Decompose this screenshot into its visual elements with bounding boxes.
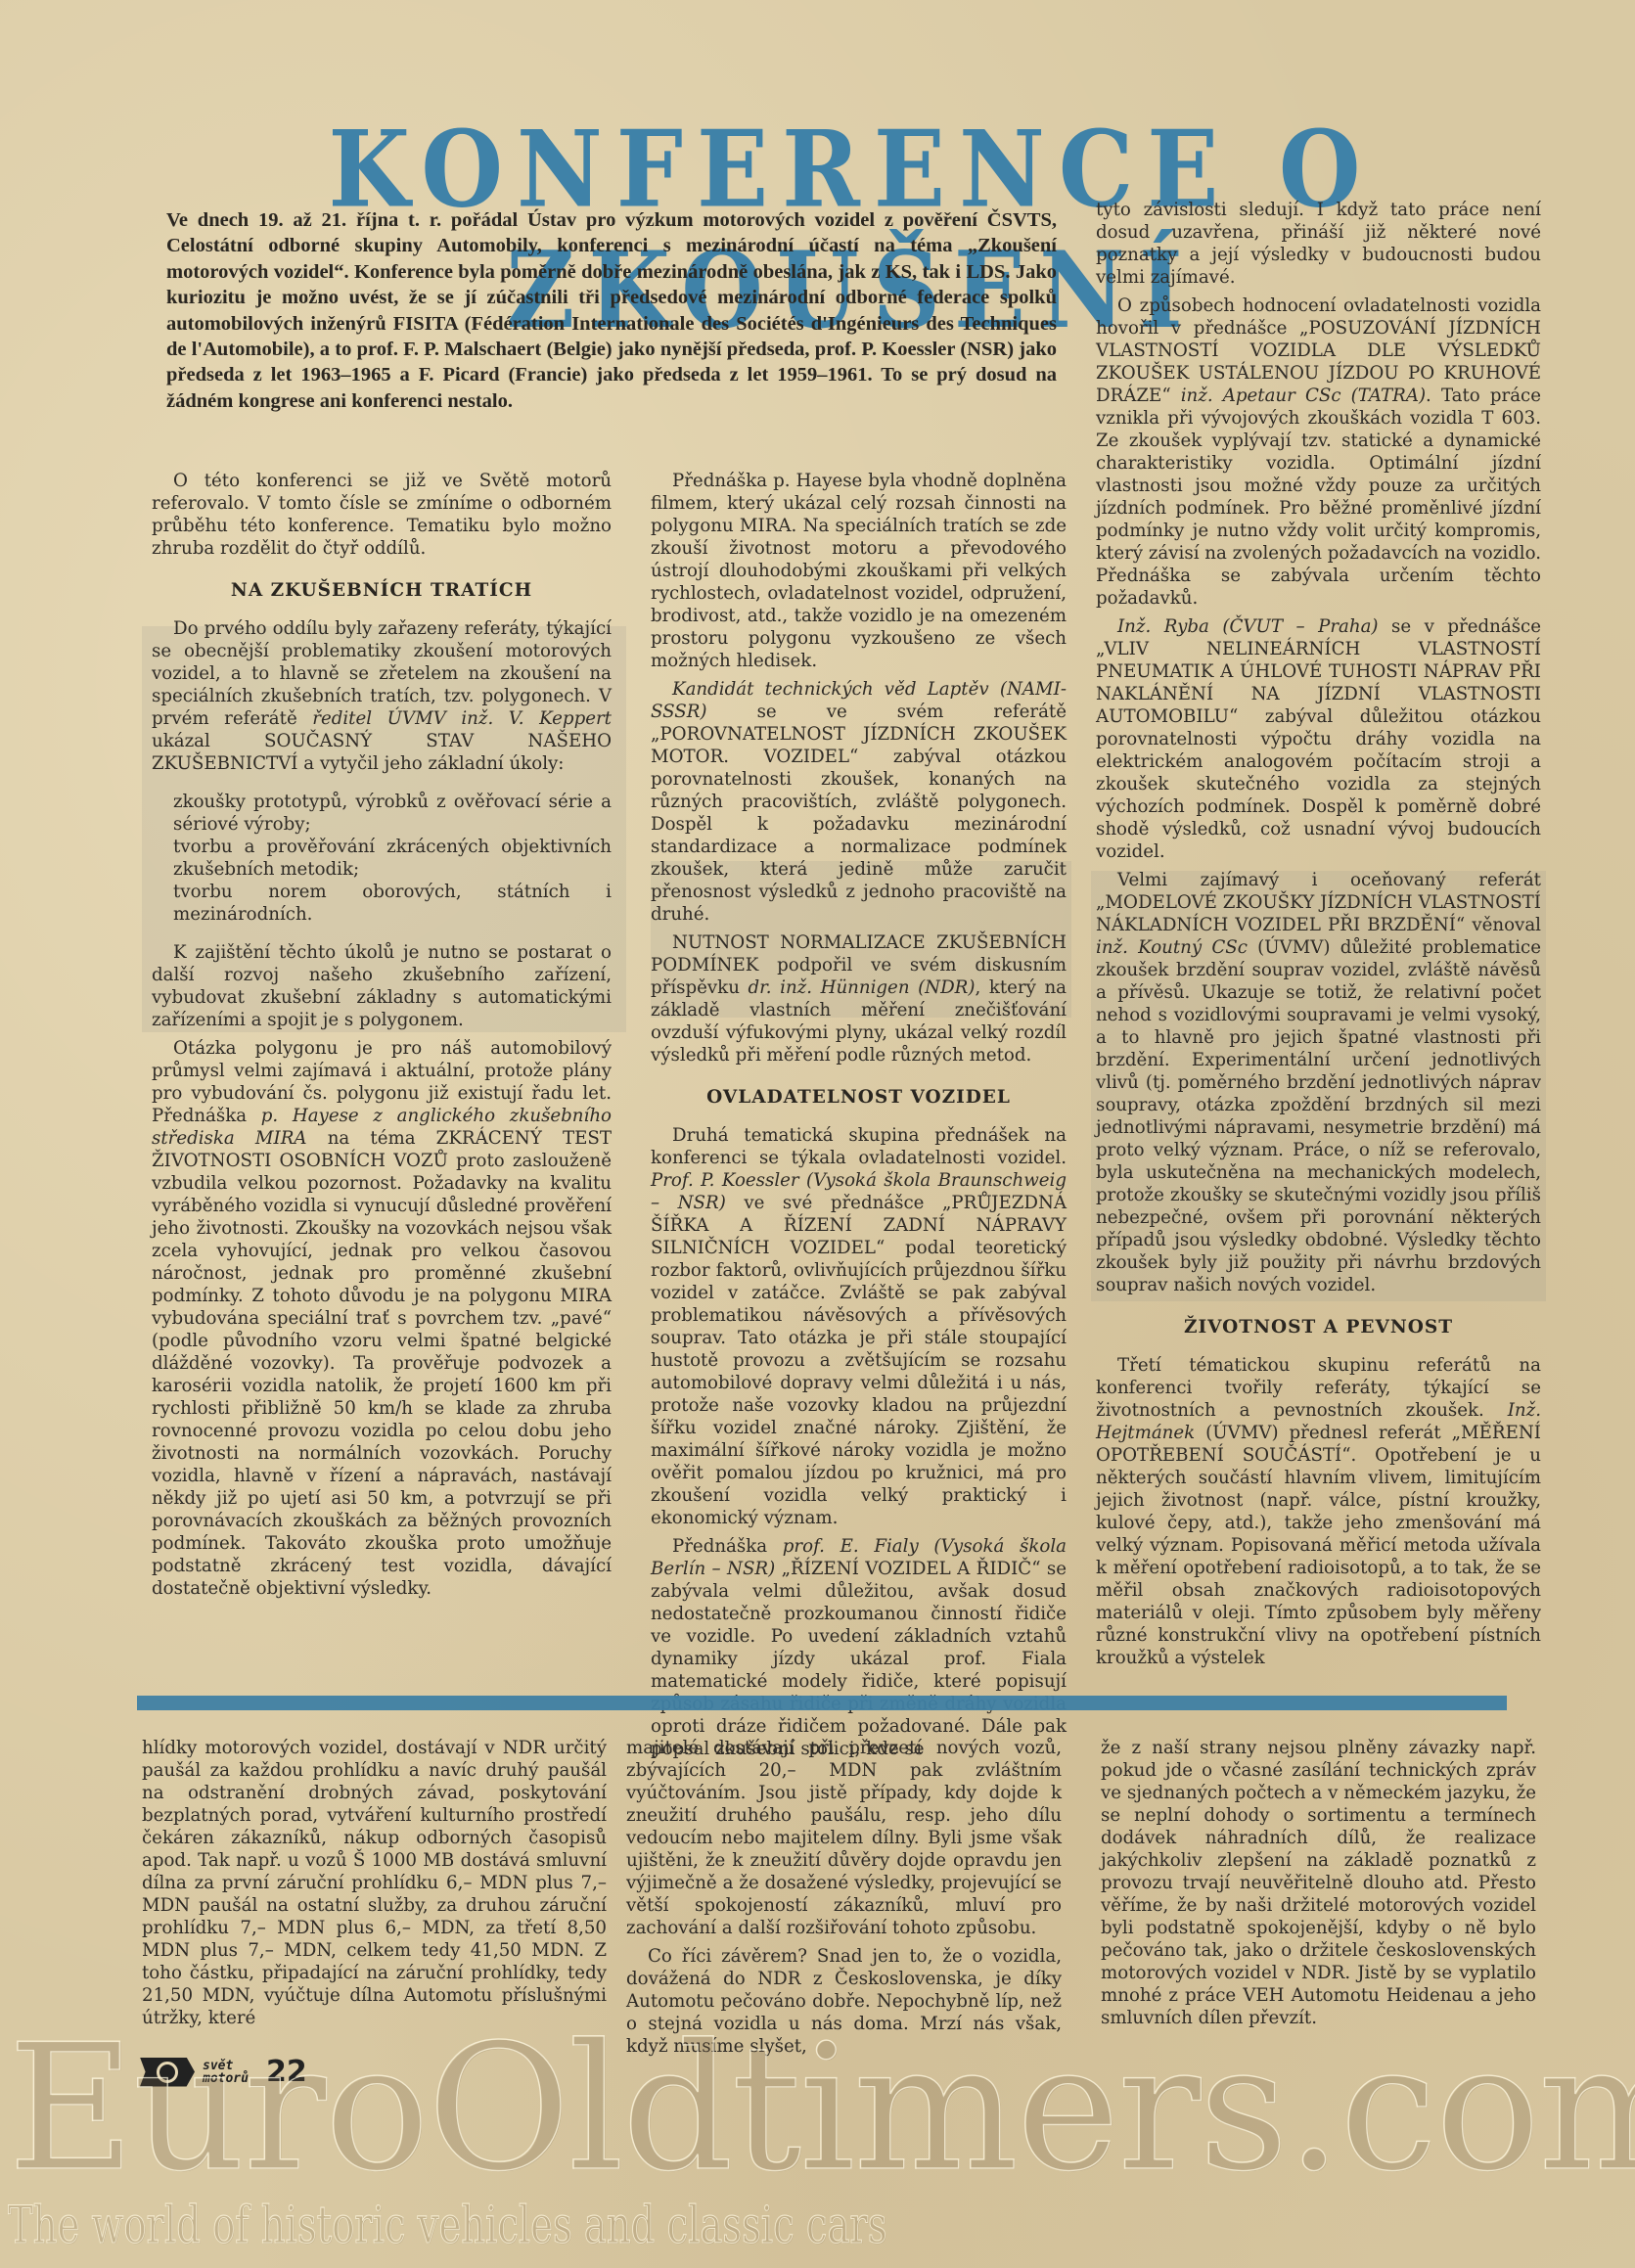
paragraph: NUTNOST NORMALIZACE ZKUŠEBNÍCH PODMÍNEK …: [651, 931, 1067, 1066]
column-3: tyto závislosti sledují. I když tato prá…: [1096, 199, 1541, 1669]
paragraph: tyto závislosti sledují. I když tato prá…: [1096, 199, 1541, 289]
paragraph: Třetí tématickou skupinu referátů na kon…: [1096, 1354, 1541, 1669]
task-list: zkoušky prototypů, výrobků z ověřovací s…: [173, 791, 612, 926]
section-heading-zivotnost: ŽIVOTNOST A PEVNOST: [1096, 1316, 1541, 1338]
paragraph: O této konferenci se již ve Světě motorů…: [152, 470, 612, 560]
paragraph: Přednáška p. Hayese byla vhodně doplněna…: [651, 470, 1067, 672]
section-heading-zkusebni-trate: NA ZKUŠEBNÍCH TRATÍCH: [152, 579, 612, 602]
article-lead: Ve dnech 19. až 21. října t. r. pořádal …: [166, 207, 1057, 414]
paragraph: že z naší strany nejsou plněny závazky n…: [1101, 1737, 1536, 2029]
paragraph: Druhá tematická skupina přednášek na kon…: [651, 1124, 1067, 1529]
section-heading-ovladatelnost: OVLADATELNOST VOZIDEL: [651, 1086, 1067, 1109]
list-item: zkoušky prototypů, výrobků z ověřovací s…: [173, 791, 612, 836]
paragraph: Kandidát technických věd Laptěv (NAMI-SS…: [651, 678, 1067, 926]
continuation-column-3: že z naší strany nejsou plněny závazky n…: [1101, 1737, 1536, 2029]
column-1: O této konferenci se již ve Světě motorů…: [152, 470, 612, 1600]
paragraph: O způsobech hodnocení ovladatelnosti voz…: [1096, 295, 1541, 610]
paragraph: Velmi zajímavý i oceňovaný referát „MODE…: [1096, 869, 1541, 1296]
paragraph: majitelé dostávají při převzetí nových v…: [626, 1737, 1062, 1939]
paragraph: K zajištění těchto úkolů je nutno se pos…: [152, 941, 612, 1031]
continuation-column-1: hlídky motorových vozidel, dostávají v N…: [142, 1737, 607, 2029]
paragraph: Přednáška prof. E. Fialy (Vysoká škola B…: [651, 1535, 1067, 1760]
watermark-main: EuroOldtimers.com: [8, 2020, 1632, 2197]
section-divider-rule: [137, 1696, 1507, 1710]
paragraph: Inž. Ryba (ČVUT – Praha) se v přednášce …: [1096, 615, 1541, 863]
paragraph: hlídky motorových vozidel, dostávají v N…: [142, 1737, 607, 2029]
paragraph: Do prvého oddílu byly zařazeny referáty,…: [152, 617, 612, 775]
column-2: Přednáška p. Hayese byla vhodně doplněna…: [651, 470, 1067, 1760]
paragraph: Otázka polygonu je pro náš automobilový …: [152, 1037, 612, 1600]
list-item: tvorbu a prověřování zkrácených objektiv…: [173, 836, 612, 881]
list-item: tvorbu norem oborových, státních i mezin…: [173, 881, 612, 926]
watermark-tagline: The world of historic vehicles and class…: [8, 2197, 887, 2255]
